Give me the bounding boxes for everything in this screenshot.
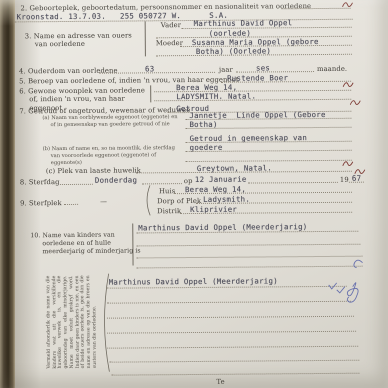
dotted-line <box>185 127 351 129</box>
maande-label: maande. <box>317 65 347 74</box>
death-notice-form: 2. Geboorteplek, geboortedatum, persoons… <box>0 0 388 388</box>
dotted-line <box>99 72 215 74</box>
death-date-value: 12 Januarie <box>195 175 247 184</box>
dotted-line <box>156 54 352 57</box>
field-7a-label: (a) Naam van oorblywende eggenoot (eggen… <box>42 114 182 129</box>
red-tick-icon <box>354 167 366 176</box>
dotted-line <box>107 301 351 304</box>
dotted-line <box>349 182 364 183</box>
dotted-line <box>109 360 359 363</box>
father-label: Vader <box>161 21 182 30</box>
field-divider-line <box>145 21 146 56</box>
brace-left <box>143 184 152 216</box>
dotted-line <box>107 316 354 319</box>
dash-glyph: — <box>100 198 107 207</box>
field-parents-label: 3. Name en adresse van ouers van oorlede… <box>25 31 135 49</box>
dotted-line <box>136 244 360 247</box>
field-deathday-label: 8. Sterfdag <box>20 178 60 187</box>
children-continued-value: Marthinus David Oppel (Meerderjarig) <box>109 276 278 286</box>
red-tick-icon <box>349 98 361 107</box>
children-note-rotated: Vermeld afsonderlik die name van die kin… <box>46 275 101 368</box>
field-deathplace-label: 9. Sterfplek <box>20 199 62 208</box>
te-label: Te <box>216 378 224 387</box>
red-tick-icon <box>342 159 354 168</box>
dotted-line <box>221 81 351 83</box>
red-tick-icon <box>342 80 354 89</box>
dotted-line <box>186 150 352 152</box>
dotted-line <box>196 202 352 204</box>
death-day-value: Donderdag <box>95 175 137 184</box>
field-age-label: 4. Ouderdom van oorledene <box>19 67 118 76</box>
dotted-line <box>180 212 352 214</box>
blue-ink-scribble-icon <box>322 255 370 313</box>
last-marriage-place-value: Greytown, Natal. <box>197 163 272 173</box>
field-7b-label: (b) Naam of name en, so na moontlik, die… <box>43 145 183 166</box>
huis-label: Huis <box>159 187 175 196</box>
age-years-value: 63 <box>145 64 154 73</box>
dotted-line <box>64 204 78 205</box>
dotted-line <box>60 184 93 185</box>
year-prefix-label: 19 <box>340 176 349 185</box>
field-7c-label: (c) Plek van laaste huwelik <box>46 166 141 175</box>
dotted-line <box>248 182 338 184</box>
dotted-line <box>107 346 358 349</box>
dotted-line <box>174 192 352 194</box>
age-months-value: ses <box>256 63 270 72</box>
distrik-label: Distrik <box>157 207 181 216</box>
dotted-line <box>107 331 356 334</box>
red-tick-icon <box>341 0 353 9</box>
scanned-death-notice-page: 2. Geboorteplek, geboortedatum, persoons… <box>0 0 388 388</box>
dotted-line <box>282 8 351 10</box>
field-divider-line <box>132 223 133 265</box>
children-note-text: Vermeld afsonderlik die name van die kin… <box>46 275 98 368</box>
field-children-label: 10. Name van kinders van oorledene en of… <box>30 231 144 256</box>
dotted-line <box>154 99 351 102</box>
field-divider-line <box>150 85 151 102</box>
dotted-line <box>182 27 352 29</box>
dotted-line <box>186 160 352 162</box>
dotted-line <box>111 373 359 376</box>
